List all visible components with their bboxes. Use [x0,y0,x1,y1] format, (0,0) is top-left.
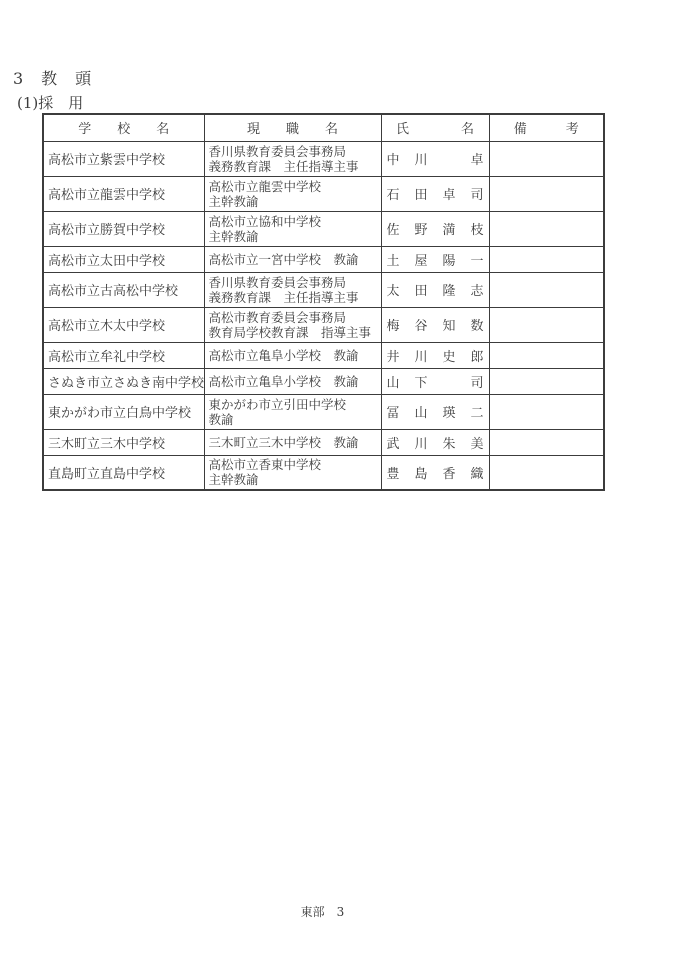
remark-cell [489,307,604,342]
name-character: 卓 [471,149,484,168]
name-cell: 土屋陽一 [381,246,489,272]
name-character: 美 [471,433,484,452]
school-cell: 高松市立紫雲中学校 [43,141,204,176]
name-character: 川 [415,149,428,168]
remark-cell [489,429,604,455]
position-line: 高松市立亀阜小学校 教諭 [209,348,381,363]
position-line: 高松市教育委員会事務局 [209,310,381,325]
name-cell: 太田隆志 [381,272,489,307]
table-row: 高松市立龍雲中学校 高松市立龍雲中学校主幹教諭 石田卓司 [43,176,604,211]
name-character [443,372,456,391]
name-cell: 山下司 [381,368,489,394]
name-cell: 佐野満枝 [381,211,489,246]
name-character: 朱 [443,433,456,452]
section-title: 3 教 頭 [13,66,92,89]
name-character: 川 [415,433,428,452]
position-cell: 高松市立龍雲中学校主幹教諭 [204,176,381,211]
name-character: 田 [415,184,428,203]
name-cell: 井川史郎 [381,342,489,368]
position-cell: 高松市立香東中学校主幹教諭 [204,455,381,490]
name-text: 武川朱美 [387,433,484,452]
name-character: 陽 [443,250,456,269]
name-character [443,149,456,168]
name-character: 織 [471,463,484,482]
position-cell: 高松市教育委員会事務局教育局学校教育課 指導主事 [204,307,381,342]
document-page: 3 教 頭 (1)採 用 学 校 名 現 職 名 氏 名 備 考 高松市立紫雲中… [0,0,680,961]
header-current-position: 現 職 名 [204,114,381,141]
position-cell: 東かがわ市立引田中学校教諭 [204,394,381,429]
name-character: 卓 [443,184,456,203]
name-character: 屋 [415,250,428,269]
school-cell: さぬき市立さぬき南中学校 [43,368,204,394]
table-row: 直島町立直島中学校 高松市立香東中学校主幹教諭 豊島香織 [43,455,604,490]
school-cell: 三木町立三木中学校 [43,429,204,455]
position-line: 高松市立協和中学校 [209,214,381,229]
remark-cell [489,246,604,272]
school-cell: 東かがわ市立白鳥中学校 [43,394,204,429]
header-school-name: 学 校 名 [43,114,204,141]
name-cell: 冨山瑛二 [381,394,489,429]
name-character: 史 [443,346,456,365]
remark-cell [489,394,604,429]
remark-cell [489,176,604,211]
page-footer: 東部 3 [42,903,603,920]
position-cell: 香川県教育委員会事務局義務教育課 主任指導主事 [204,272,381,307]
name-character: 梅 [387,315,400,334]
position-cell: 高松市立亀阜小学校 教諭 [204,342,381,368]
appointment-table: 学 校 名 現 職 名 氏 名 備 考 高松市立紫雲中学校 香川県教育委員会事務… [42,113,605,491]
name-character: 石 [387,184,400,203]
position-line: 香川県教育委員会事務局 [209,144,381,159]
name-character: 満 [443,219,456,238]
school-cell: 高松市立牟礼中学校 [43,342,204,368]
name-character: 太 [387,280,400,299]
position-cell: 高松市立協和中学校主幹教諭 [204,211,381,246]
name-character: 山 [387,372,400,391]
school-cell: 高松市立木太中学校 [43,307,204,342]
name-text: 井川史郎 [387,346,484,365]
position-line: 高松市立一宮中学校 教諭 [209,252,381,267]
name-character: 二 [471,402,484,421]
header-person-name: 氏 名 [381,114,489,141]
table-row: 高松市立古高松中学校 香川県教育委員会事務局義務教育課 主任指導主事 太田隆志 [43,272,604,307]
name-text: 冨山瑛二 [387,402,484,421]
name-cell: 豊島香織 [381,455,489,490]
position-line: 主幹教諭 [209,194,381,209]
name-cell: 梅谷知数 [381,307,489,342]
name-character: 志 [471,280,484,299]
position-line: 主幹教諭 [209,229,381,244]
name-text: 梅谷知数 [387,315,484,334]
name-cell: 中川卓 [381,141,489,176]
table-row: 高松市立牟礼中学校 高松市立亀阜小学校 教諭 井川史郎 [43,342,604,368]
name-character: 司 [471,372,484,391]
name-character: 土 [387,250,400,269]
table-row: 高松市立太田中学校 高松市立一宮中学校 教諭 土屋陽一 [43,246,604,272]
name-text: 土屋陽一 [387,250,484,269]
name-character: 司 [471,184,484,203]
table-row: 高松市立木太中学校 高松市教育委員会事務局教育局学校教育課 指導主事 梅谷知数 [43,307,604,342]
school-cell: 高松市立太田中学校 [43,246,204,272]
position-cell: 三木町立三木中学校 教諭 [204,429,381,455]
position-line: 三木町立三木中学校 教諭 [209,435,381,450]
name-character: 一 [471,250,484,269]
name-character: 野 [415,219,428,238]
name-character: 山 [415,402,428,421]
name-cell: 武川朱美 [381,429,489,455]
name-character: 知 [443,315,456,334]
name-character: 谷 [415,315,428,334]
name-character: 井 [387,346,400,365]
table-body: 高松市立紫雲中学校 香川県教育委員会事務局義務教育課 主任指導主事 中川卓 高松… [43,141,604,490]
name-character: 田 [415,280,428,299]
table-header-row: 学 校 名 現 職 名 氏 名 備 考 [43,114,604,141]
remark-cell [489,211,604,246]
name-character: 香 [443,463,456,482]
name-character: 豊 [387,463,400,482]
name-character: 数 [471,315,484,334]
remark-cell [489,342,604,368]
table-row: さぬき市立さぬき南中学校 高松市立亀阜小学校 教諭 山下司 [43,368,604,394]
school-cell: 直島町立直島中学校 [43,455,204,490]
school-cell: 高松市立龍雲中学校 [43,176,204,211]
position-line: 高松市立亀阜小学校 教諭 [209,374,381,389]
position-cell: 高松市立亀阜小学校 教諭 [204,368,381,394]
header-remarks: 備 考 [489,114,604,141]
name-character: 枝 [471,219,484,238]
position-line: 義務教育課 主任指導主事 [209,159,381,174]
position-line: 東かがわ市立引田中学校 [209,397,381,412]
position-line: 教諭 [209,412,381,427]
table-row: 三木町立三木中学校 三木町立三木中学校 教諭 武川朱美 [43,429,604,455]
school-cell: 高松市立勝賀中学校 [43,211,204,246]
position-line: 主幹教諭 [209,472,381,487]
table-row: 高松市立紫雲中学校 香川県教育委員会事務局義務教育課 主任指導主事 中川卓 [43,141,604,176]
name-text: 山下司 [387,372,484,391]
name-character: 佐 [387,219,400,238]
school-cell: 高松市立古高松中学校 [43,272,204,307]
name-text: 石田卓司 [387,184,484,203]
name-character: 川 [415,346,428,365]
name-text: 太田隆志 [387,280,484,299]
position-cell: 香川県教育委員会事務局義務教育課 主任指導主事 [204,141,381,176]
remark-cell [489,455,604,490]
position-line: 義務教育課 主任指導主事 [209,290,381,305]
position-line: 高松市立香東中学校 [209,457,381,472]
name-text: 中川卓 [387,149,484,168]
remark-cell [489,141,604,176]
position-line: 教育局学校教育課 指導主事 [209,325,381,340]
position-line: 香川県教育委員会事務局 [209,275,381,290]
remark-cell [489,272,604,307]
name-cell: 石田卓司 [381,176,489,211]
remark-cell [489,368,604,394]
subsection-title: (1)採 用 [17,92,83,113]
name-text: 豊島香織 [387,463,484,482]
table-row: 東かがわ市立白鳥中学校 東かがわ市立引田中学校教諭 冨山瑛二 [43,394,604,429]
name-character: 島 [415,463,428,482]
name-character: 隆 [443,280,456,299]
position-cell: 高松市立一宮中学校 教諭 [204,246,381,272]
name-character: 下 [415,372,428,391]
name-text: 佐野満枝 [387,219,484,238]
table-row: 高松市立勝賀中学校 高松市立協和中学校主幹教諭 佐野満枝 [43,211,604,246]
name-character: 郎 [471,346,484,365]
position-line: 高松市立龍雲中学校 [209,179,381,194]
name-character: 武 [387,433,400,452]
name-character: 中 [387,149,400,168]
name-character: 瑛 [443,402,456,421]
name-character: 冨 [387,402,400,421]
